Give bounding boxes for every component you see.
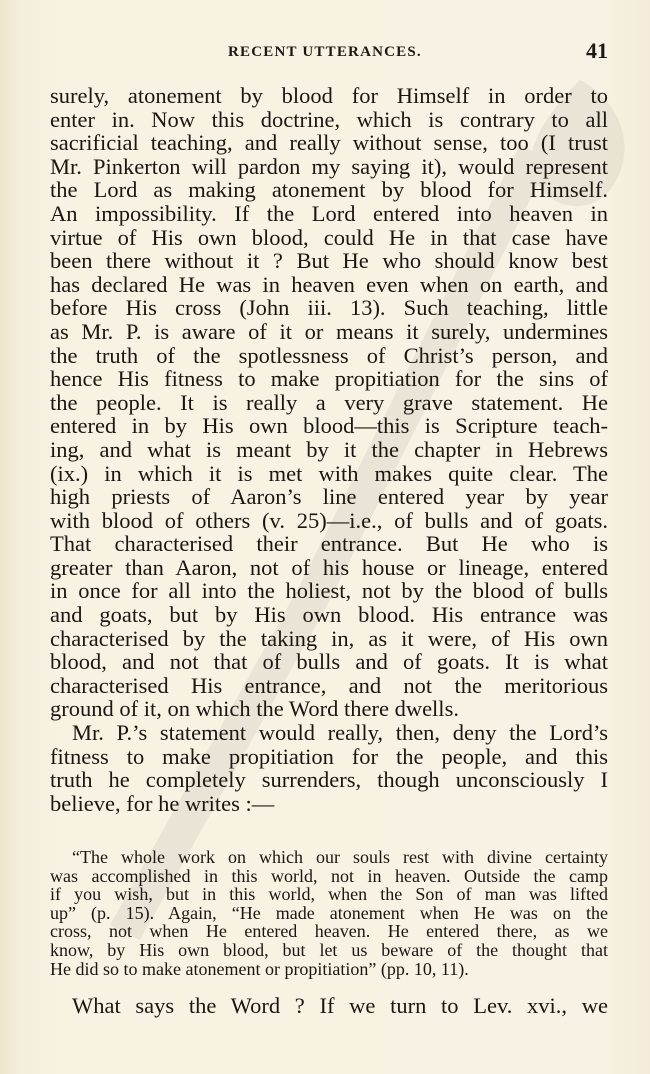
text-line: and goats, but by His own blood. His ent… (50, 603, 608, 627)
text-line: (ix.) in which it is met with makes quit… (50, 462, 608, 486)
text-line: ing, and what is meant by it the chapter… (50, 438, 608, 462)
text-line: truth he completely surrenders, though u… (50, 768, 608, 792)
running-head: RECENT UTTERANCES. 41 (50, 40, 608, 70)
page-number: 41 (586, 38, 608, 64)
quote-line: know, by His own blood, but let us bewar… (50, 941, 608, 960)
quote-line: cross, not when He entered heaven. He en… (50, 922, 608, 941)
quote-line: “The whole work on which our souls rest … (50, 848, 608, 867)
text-line: the truth of the spotlessness of Christ’… (50, 344, 608, 368)
text-line: greater than Aaron, not of his house or … (50, 556, 608, 580)
text-line: That characterised their entrance. But H… (50, 532, 608, 556)
text-line: Mr. Pinkerton will pardon my saying it),… (50, 155, 608, 179)
text-line: enter in. Now this doctrine, which is co… (50, 108, 608, 132)
final-paragraph: What says the Word ? If we turn to Lev. … (72, 994, 608, 1018)
text-line: the people. It is really a very grave st… (50, 391, 608, 415)
text-line: has declared He was in heaven even when … (50, 273, 608, 297)
quote-line: was accomplished in this world, not in h… (50, 867, 608, 886)
text-line: virtue of His own blood, could He in tha… (50, 226, 608, 250)
text-line: been there without it ? But He who shoul… (50, 249, 608, 273)
text-line: characterised by the taking in, as it we… (50, 627, 608, 651)
text-line: fitness to make propitiation for the peo… (50, 745, 608, 769)
running-title: RECENT UTTERANCES. (228, 44, 422, 61)
text-line: ground of it, on which the Word there dw… (50, 697, 608, 721)
text-line: An impossibility. If the Lord entered in… (50, 202, 608, 226)
text-line: entered in by His own blood—this is Scri… (50, 414, 608, 438)
quote-line: He did so to make atonement or propitiat… (50, 960, 608, 979)
text-line: characterised His entrance, and not the … (50, 674, 608, 698)
block-quote: “The whole work on which our souls rest … (50, 848, 608, 978)
text-line: with blood of others (v. 25)—i.e., of bu… (50, 509, 608, 533)
quote-line: if you wish, but in this world, when the… (50, 885, 608, 904)
text-line: before His cross (John iii. 13). Such te… (50, 296, 608, 320)
text-line: Mr. P.’s statement would really, then, d… (50, 721, 608, 745)
text-line: believe, for he writes :— (50, 792, 608, 816)
text-line: sacrificial teaching, and really without… (50, 131, 608, 155)
text-line: as Mr. P. is aware of it or means it sur… (50, 320, 608, 344)
text-line: high priests of Aaron’s line entered yea… (50, 485, 608, 509)
text-line: the Lord as making atonement by blood fo… (50, 178, 608, 202)
text-line: hence His fitness to make propitiation f… (50, 367, 608, 391)
body-text: surely, atonement by blood for Himself i… (50, 84, 608, 815)
quote-line: up” (p. 15). Again, “He made atonement w… (50, 904, 608, 923)
book-page: RECENT UTTERANCES. 41 surely, atonement … (0, 0, 650, 1074)
text-line: blood, and not that of bulls and of goat… (50, 650, 608, 674)
text-line: What says the Word ? If we turn to Lev. … (72, 994, 608, 1018)
text-line: in once for all into the holiest, not by… (50, 579, 608, 603)
text-line: surely, atonement by blood for Himself i… (50, 84, 608, 108)
